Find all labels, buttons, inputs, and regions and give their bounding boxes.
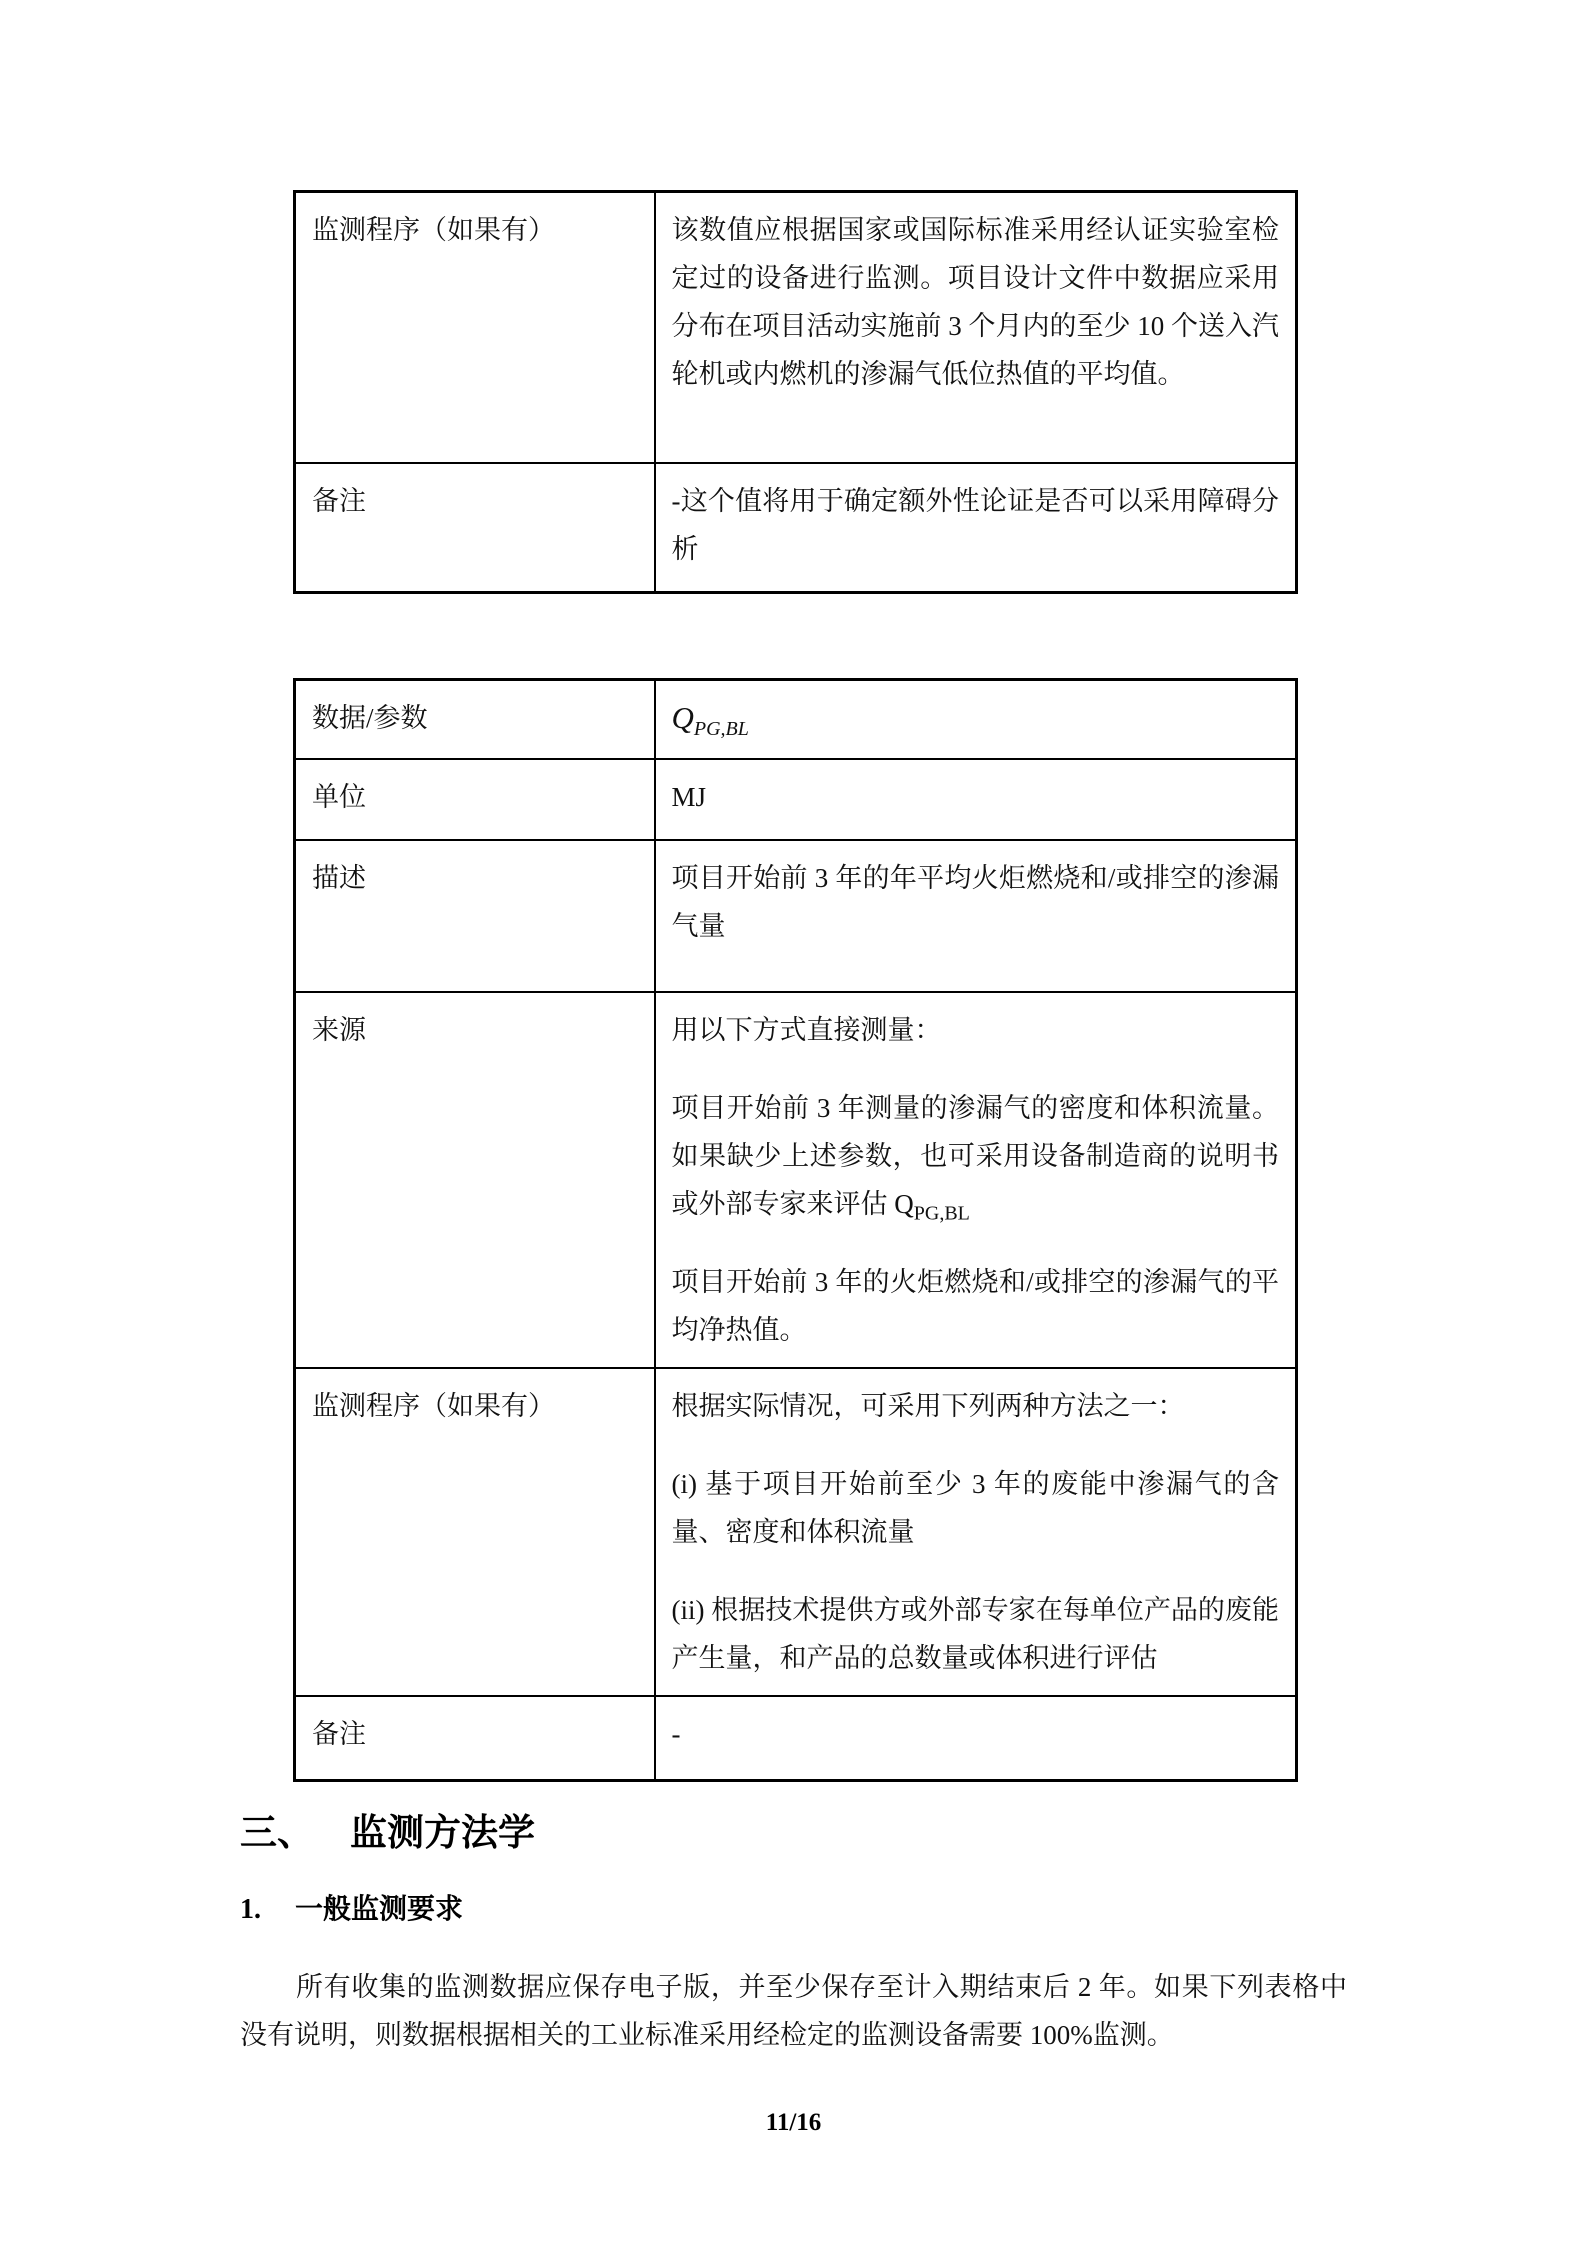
subsection-title: 一般监测要求 [295,1893,463,1924]
row-value-remarks-2: - [655,1696,1297,1781]
source-paragraph-2-text: 项目开始前 3 年测量的渗漏气的密度和体积流量。如果缺少上述参数，也可采用设备制… [672,1093,1280,1219]
row-value-monitoring-procedure: 该数值应根据国家或国际标准采用经认证实验室检定过的设备进行监测。项目设计文件中数… [655,192,1297,463]
formula-base: Q [672,700,694,735]
source-paragraph-3: 项目开始前 3 年的火炬燃烧和/或排空的渗漏气的平均净热值。 [672,1258,1280,1354]
table-row-data-parameter: 数据/参数 QPG,BL [295,680,1297,759]
description-text: 项目开始前 3 年的年平均火炬燃烧和/或排空的渗漏气量 [672,854,1280,950]
procedure-paragraph-2: (i) 基于项目开始前至少 3 年的废能中渗漏气的含量、密度和体积流量 [672,1460,1280,1556]
subsection-heading: 1.一般监测要求 [240,1891,1347,1928]
table-row-monitoring-procedure-2: 监测程序（如果有） 根据实际情况，可采用下列两种方法之一： (i) 基于项目开始… [295,1368,1297,1696]
table-row-remarks: 备注 -这个值将用于确定额外性论证是否可以采用障碍分析 [295,463,1297,593]
subsection-number: 1. [240,1892,261,1928]
table-spacer [240,594,1347,678]
row-value-remarks: -这个值将用于确定额外性论证是否可以采用障碍分析 [655,463,1297,593]
section-title: 监测方法学 [350,1812,535,1853]
document-content: 监测程序（如果有） 该数值应根据国家或国际标准采用经认证实验室检定过的设备进行监… [0,0,1587,2059]
inline-formula: PG,BL [914,1189,970,1219]
formula-subscript: PG,BL [694,718,749,740]
row-label-monitoring-procedure: 监测程序（如果有） [295,192,655,463]
row-value-source: 用以下方式直接测量： 项目开始前 3 年测量的渗漏气的密度和体积流量。如果缺少上… [655,992,1297,1368]
source-paragraph-1: 用以下方式直接测量： [672,1006,1280,1054]
page-number: 11/16 [0,2109,1587,2137]
row-value-unit: MJ [655,759,1297,840]
remarks-text: -这个值将用于确定额外性论证是否可以采用障碍分析 [672,477,1280,573]
parameter-table-2: 数据/参数 QPG,BL 单位 MJ 描述 项目开始前 3 年的年平均火炬燃烧和… [293,678,1298,1782]
row-label-remarks: 备注 [295,463,655,593]
monitoring-procedure-text: 该数值应根据国家或国际标准采用经认证实验室检定过的设备进行监测。项目设计文件中数… [672,206,1280,398]
source-paragraph-2: 项目开始前 3 年测量的渗漏气的密度和体积流量。如果缺少上述参数，也可采用设备制… [672,1084,1280,1228]
parameter-table-1: 监测程序（如果有） 该数值应根据国家或国际标准采用经认证实验室检定过的设备进行监… [293,190,1298,594]
procedure-paragraph-1: 根据实际情况，可采用下列两种方法之一： [672,1382,1280,1430]
section-number: 三、 [240,1811,314,1857]
table-row-unit: 单位 MJ [295,759,1297,840]
table-row-source: 来源 用以下方式直接测量： 项目开始前 3 年测量的渗漏气的密度和体积流量。如果… [295,992,1297,1368]
row-label-monitoring-procedure-2: 监测程序（如果有） [295,1368,655,1696]
inline-formula-subscript: PG,BL [914,1202,970,1224]
row-label-data-parameter: 数据/参数 [295,680,655,759]
table-row-remarks-2: 备注 - [295,1696,1297,1781]
section-heading: 三、监测方法学 [240,1810,1347,1857]
row-label-unit: 单位 [295,759,655,840]
general-monitoring-paragraph: 所有收集的监测数据应保存电子版，并至少保存至计入期结束后 2 年。如果下列表格中… [240,1963,1347,2059]
row-value-monitoring-procedure-2: 根据实际情况，可采用下列两种方法之一： (i) 基于项目开始前至少 3 年的废能… [655,1368,1297,1696]
parameter-formula: QPG,BL [672,700,749,735]
row-value-description: 项目开始前 3 年的年平均火炬燃烧和/或排空的渗漏气量 [655,840,1297,992]
row-label-remarks-2: 备注 [295,1696,655,1781]
row-value-data-parameter: QPG,BL [655,680,1297,759]
table-row-description: 描述 项目开始前 3 年的年平均火炬燃烧和/或排空的渗漏气量 [295,840,1297,992]
row-label-description: 描述 [295,840,655,992]
document-page: 监测程序（如果有） 该数值应根据国家或国际标准采用经认证实验室检定过的设备进行监… [0,0,1587,2245]
table-row-monitoring-procedure: 监测程序（如果有） 该数值应根据国家或国际标准采用经认证实验室检定过的设备进行监… [295,192,1297,463]
procedure-paragraph-3: (ii) 根据技术提供方或外部专家在每单位产品的废能产生量，和产品的总数量或体积… [672,1586,1280,1682]
row-label-source: 来源 [295,992,655,1368]
